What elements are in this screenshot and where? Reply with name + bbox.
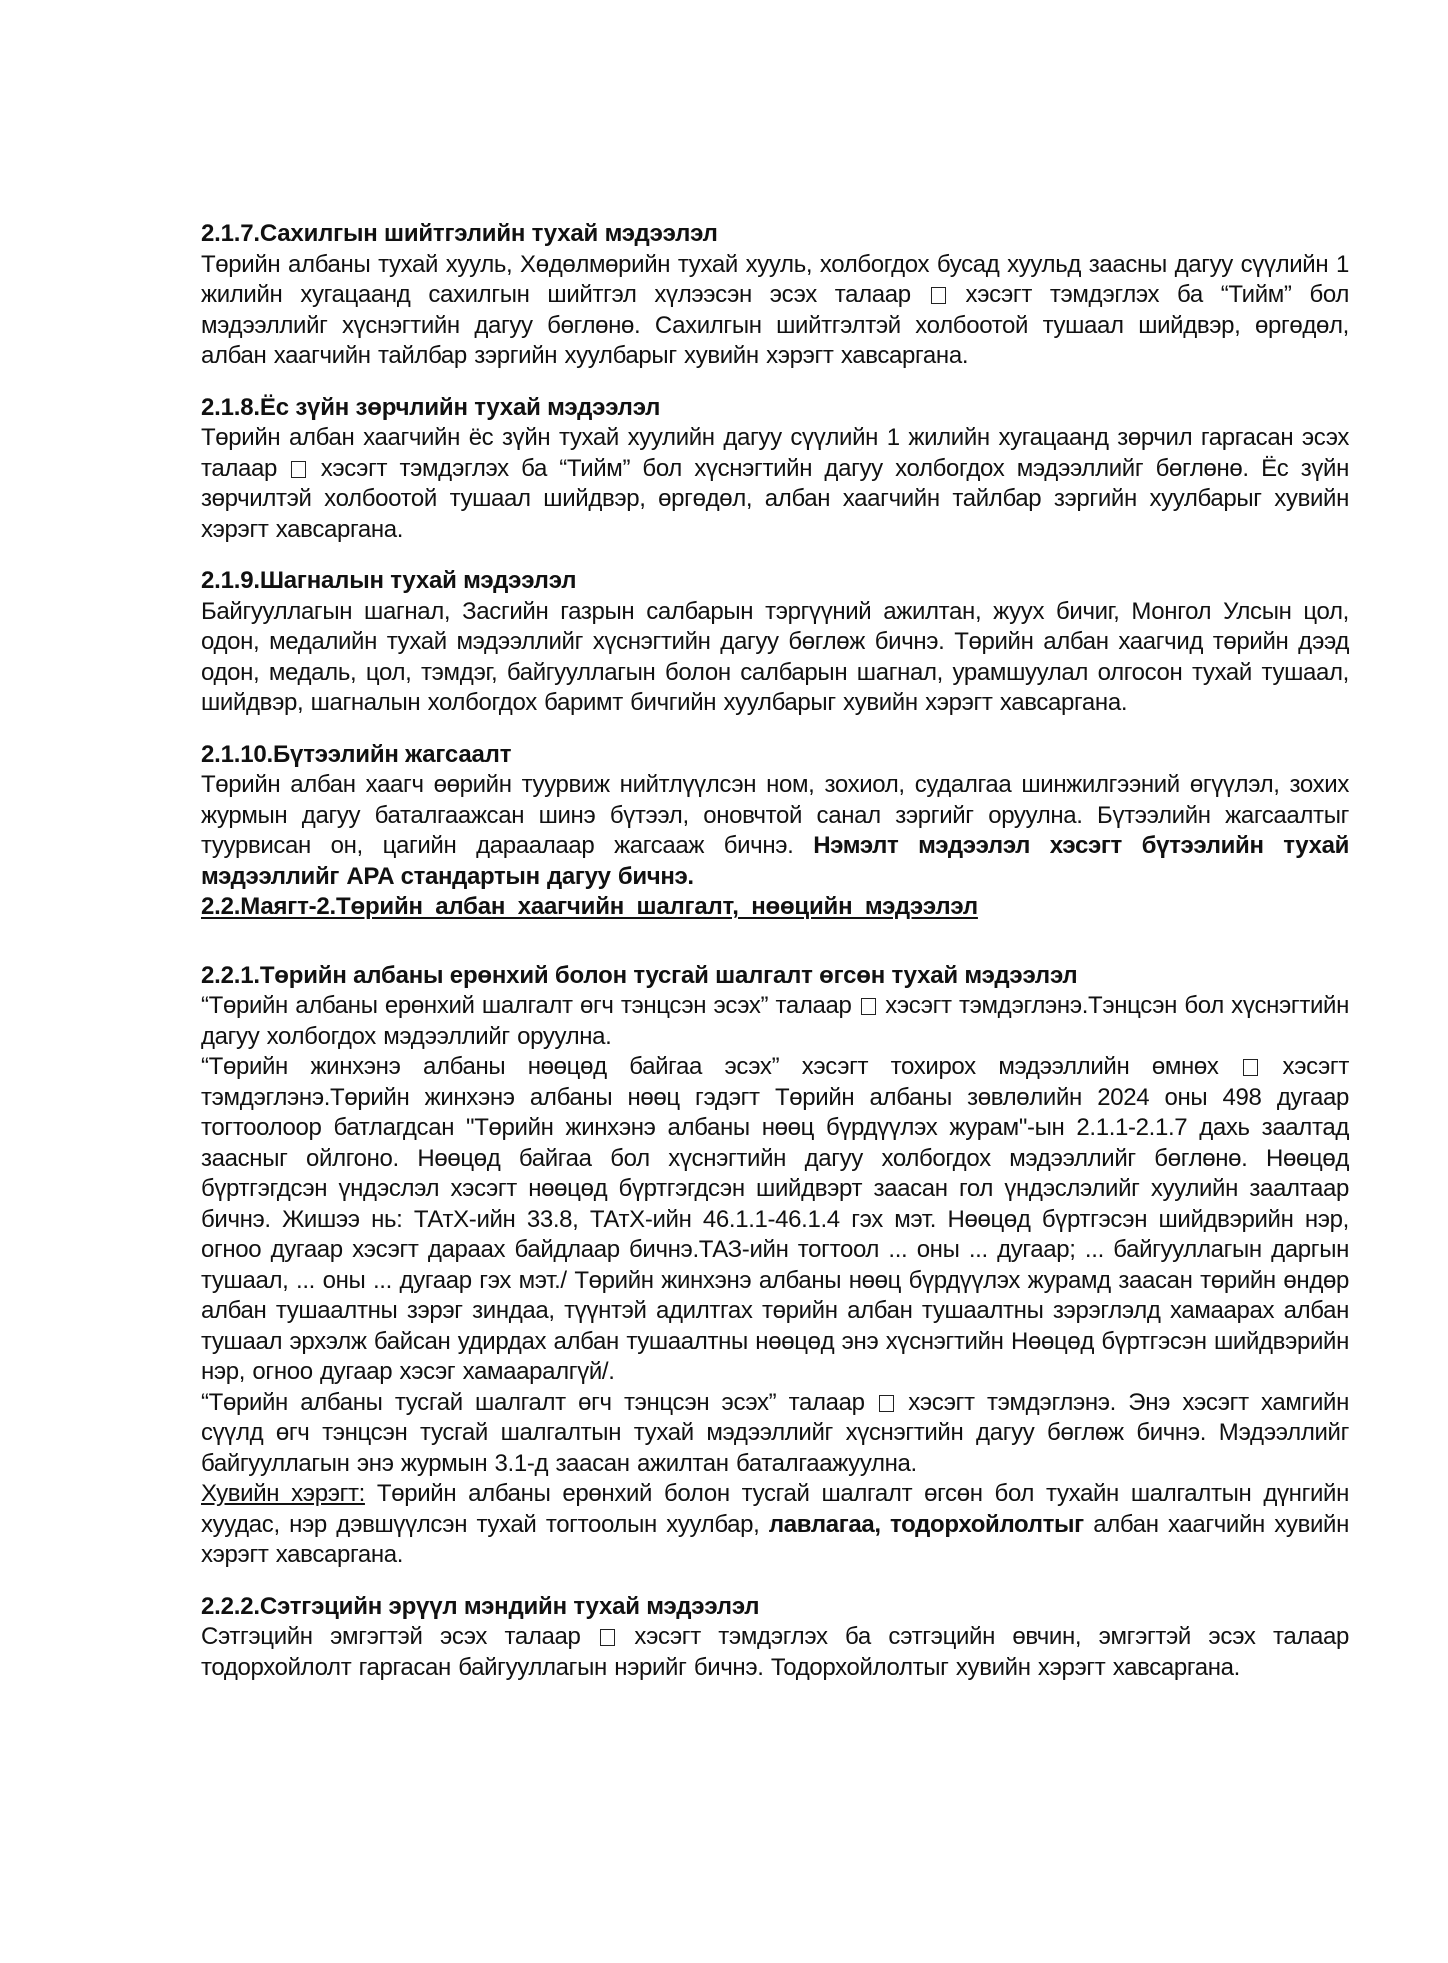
section-paragraph: Хувийн хэрэгт: Төрийн албаны ерөнхий бол… [201, 1479, 1349, 1571]
checkbox-icon [1243, 1059, 1258, 1076]
section-title: 2.1.7.Сахилгын шийтгэлийн тухай мэдээлэл [201, 219, 1349, 250]
section-title: 2.2.1.Төрийн албаны ерөнхий болон тусгай… [201, 961, 1349, 992]
section-title: 2.1.10.Бүтээлийн жагсаалт [201, 740, 1349, 771]
section-title: 2.1.9.Шагналын тухай мэдээлэл [201, 566, 1349, 597]
section-2-2-2: 2.2.2.Сэтгэцийн эрүүл мэндийн тухай мэдэ… [201, 1592, 1349, 1684]
section-2-1-9: 2.1.9.Шагналын тухай мэдээлэл Байгууллаг… [201, 566, 1349, 719]
section-paragraph: “Төрийн жинхэнэ албаны нөөцөд байгаа эсэ… [201, 1052, 1349, 1388]
personal-file-label: Хувийн хэрэгт: [201, 1480, 365, 1507]
section-2-2-1: 2.2.1.Төрийн албаны ерөнхий болон тусгай… [201, 961, 1349, 1571]
section-paragraph: “Төрийн албаны тусгай шалгалт өгч тэнцсэ… [201, 1388, 1349, 1480]
checkbox-icon [931, 287, 946, 304]
checkbox-icon [879, 1395, 894, 1412]
checkbox-icon [861, 998, 876, 1015]
section-2-1-10: 2.1.10.Бүтээлийн жагсаалт Төрийн албан х… [201, 740, 1349, 893]
document-page: 2.1.7.Сахилгын шийтгэлийн тухай мэдээлэл… [201, 219, 1349, 1683]
section-paragraph: Төрийн албаны тухай хууль, Хөдөлмөрийн т… [201, 250, 1349, 372]
section-paragraph: Төрийн албан хаагч өөрийн туурвиж нийтлү… [201, 770, 1349, 892]
section-paragraph: Байгууллагын шагнал, Засгийн газрын салб… [201, 597, 1349, 719]
form-2-title: 2.2.Маягт-2.Төрийн албан хаагчийн шалгал… [201, 892, 1349, 923]
checkbox-icon [600, 1629, 615, 1646]
section-title: 2.1.8.Ёс зүйн зөрчлийн тухай мэдээлэл [201, 393, 1349, 424]
section-paragraph: Сэтгэцийн эмгэгтэй эсэх талаар хэсэгт тэ… [201, 1622, 1349, 1683]
section-2-1-8: 2.1.8.Ёс зүйн зөрчлийн тухай мэдээлэл Тө… [201, 393, 1349, 546]
checkbox-icon [291, 461, 306, 478]
section-2-1-7: 2.1.7.Сахилгын шийтгэлийн тухай мэдээлэл… [201, 219, 1349, 372]
section-paragraph: “Төрийн албаны ерөнхий шалгалт өгч тэнцс… [201, 991, 1349, 1052]
section-paragraph: Төрийн албан хаагчийн ёс зүйн тухай хуул… [201, 423, 1349, 545]
section-title: 2.2.2.Сэтгэцийн эрүүл мэндийн тухай мэдэ… [201, 1592, 1349, 1623]
